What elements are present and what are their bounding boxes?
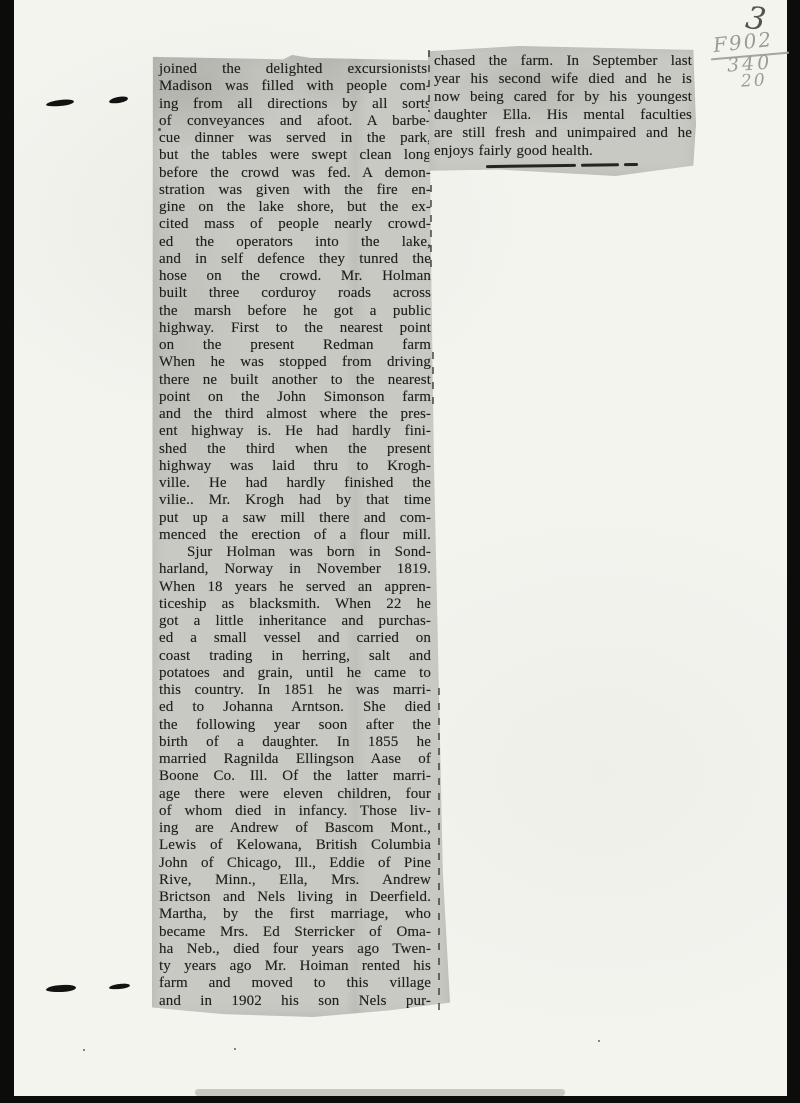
- article-line: put up a saw mill there and com-: [159, 510, 431, 527]
- article-line: ty years ago Mr. Hoiman rented his: [159, 958, 431, 975]
- article-line: When 18 years he served an appren-: [159, 579, 431, 596]
- scan-smudge: [195, 1089, 565, 1096]
- article-line: ing are Andrew of Bascom Mont.,: [159, 820, 431, 837]
- article-line: on the present Redman farm: [159, 337, 431, 354]
- article-line: became Mrs. Ed Sterricker of Oma-: [159, 924, 431, 941]
- article-line: harland, Norway in November 1819.: [159, 561, 431, 578]
- article-line: and in 1902 his son Nels pur-: [159, 993, 431, 1010]
- article-line: potatoes and grain, until he came to: [159, 665, 431, 682]
- article-line: cited mass of people nearly crowd-: [159, 216, 431, 233]
- article-line: coast trading in herring, salt and: [159, 648, 431, 665]
- article-line: Brictson and Nels living in Deerfield.: [159, 889, 431, 906]
- article-line: ing from all directions by all sorts: [159, 96, 431, 113]
- article-line: shed the third when the present: [159, 441, 431, 458]
- scanned-page: { "document": { "handwritten": { "page_n…: [0, 0, 800, 1103]
- article-line: Lewis of Kelowana, British Columbia: [159, 837, 431, 854]
- article-line: ent highway is. He had hardly fini-: [159, 423, 431, 440]
- article-line: Boone Co. Ill. Of the latter marri-: [159, 768, 431, 785]
- article-line: menced the erection of a flour mill.: [159, 527, 431, 544]
- article-line: year his second wife died and he is: [434, 70, 692, 88]
- article-line: ed to Johanna Arntson. She died: [159, 699, 431, 716]
- article-line: got a little inheritance and purchas-: [159, 613, 431, 630]
- newspaper-clipping-right-column: chased the farm. In September lastyear h…: [428, 46, 696, 176]
- article-line: When he was stopped from driving: [159, 354, 431, 371]
- article-line: vilie.. Mr. Krogh had by that time: [159, 492, 431, 509]
- article-line: married Ragnilda Ellingson Aase of: [159, 751, 431, 768]
- article-line: John of Chicago, Ill., Eddie of Pine: [159, 855, 431, 872]
- article-line: and in self defence they tunred the: [159, 251, 431, 268]
- article-line: chased the farm. In September last: [434, 52, 692, 70]
- scan-edge-right: [787, 0, 800, 1103]
- rule-segment: [486, 164, 576, 168]
- column-rule-fragment: [428, 50, 430, 112]
- scan-speck: [83, 1049, 85, 1051]
- article-line: Madison was filled with people com-: [159, 78, 431, 95]
- article-line: now being cared for by his youngest: [434, 88, 692, 106]
- article-line: birth of a daughter. In 1855 he: [159, 734, 431, 751]
- article-line: gine on the lake shore, but the ex-: [159, 199, 431, 216]
- article-line: enjoys fairly good health.: [434, 142, 692, 160]
- article-line: before the crowd was fed. A demon-: [159, 165, 431, 182]
- article-line: Rive, Minn., Ella, Mrs. Andrew: [159, 872, 431, 889]
- article-line: ed a small vessel and carried on: [159, 630, 431, 647]
- article-line: ed the operators into the lake,: [159, 234, 431, 251]
- article-line: joined the delighted excursionists.: [159, 61, 431, 78]
- article-line: but the tables were swept clean long: [159, 147, 431, 164]
- article-line: there ne built another to the nearest: [159, 372, 431, 389]
- article-line: age there were eleven children, four: [159, 786, 431, 803]
- article-line: of conveyances and afoot. A barbe-: [159, 113, 431, 130]
- scan-speck: [158, 128, 161, 131]
- scan-edge-left: [0, 0, 14, 1103]
- article-line: built three corduroy roads across: [159, 285, 431, 302]
- article-line: daughter Ella. His mental faculties: [434, 106, 692, 124]
- column-rule-fragment: [430, 185, 432, 270]
- pen-dash-mark: [46, 99, 74, 107]
- article-line: are still fresh and unimpaired and he: [434, 124, 692, 142]
- article-line: this country. In 1851 he was marri-: [159, 682, 431, 699]
- pen-dash-mark: [46, 984, 76, 992]
- column-rule-fragment: [438, 688, 440, 1012]
- article-line: cue dinner was served in the park,: [159, 130, 431, 147]
- article-line: the marsh before he got a public: [159, 303, 431, 320]
- article-line: stration was given with the fire en-: [159, 182, 431, 199]
- article-end-rule: [486, 163, 642, 168]
- pen-dash-mark: [109, 96, 129, 105]
- article-line: Sjur Holman was born in Sond-: [159, 544, 431, 561]
- article-line: highway. First to the nearest point: [159, 320, 431, 337]
- article-line: highway was laid thru to Krogh-: [159, 458, 431, 475]
- article-line: of whom died in infancy. Those liv-: [159, 803, 431, 820]
- article-line: ville. He had hardly finished the: [159, 475, 431, 492]
- rule-segment: [624, 163, 638, 166]
- article-line: point on the John Simonson farm: [159, 389, 431, 406]
- rule-segment: [581, 163, 619, 167]
- article-line: farm and moved to this village: [159, 975, 431, 992]
- article-line: the following year soon after the: [159, 717, 431, 734]
- article-line: and the third almost where the pres-: [159, 406, 431, 423]
- scan-edge-bottom: [0, 1096, 800, 1103]
- article-line: Martha, by the first marriage, who: [159, 906, 431, 923]
- handwritten-catalog-subnumber: 20: [740, 70, 767, 91]
- left-column-lines: joined the delighted excursionists.Madis…: [159, 61, 431, 1010]
- article-line: hose on the crowd. Mr. Holman: [159, 268, 431, 285]
- scan-speck: [234, 1048, 236, 1050]
- scan-speck: [598, 1040, 600, 1042]
- right-column-lines: chased the farm. In September lastyear h…: [434, 52, 692, 160]
- pen-dash-mark: [109, 983, 130, 990]
- article-line: ha Neb., died four years ago Twen-: [159, 941, 431, 958]
- column-rule-fragment: [432, 352, 434, 407]
- newspaper-clipping-left-column: joined the delighted excursionists.Madis…: [152, 55, 450, 1017]
- article-line: ticeship as blacksmith. When 22 he: [159, 596, 431, 613]
